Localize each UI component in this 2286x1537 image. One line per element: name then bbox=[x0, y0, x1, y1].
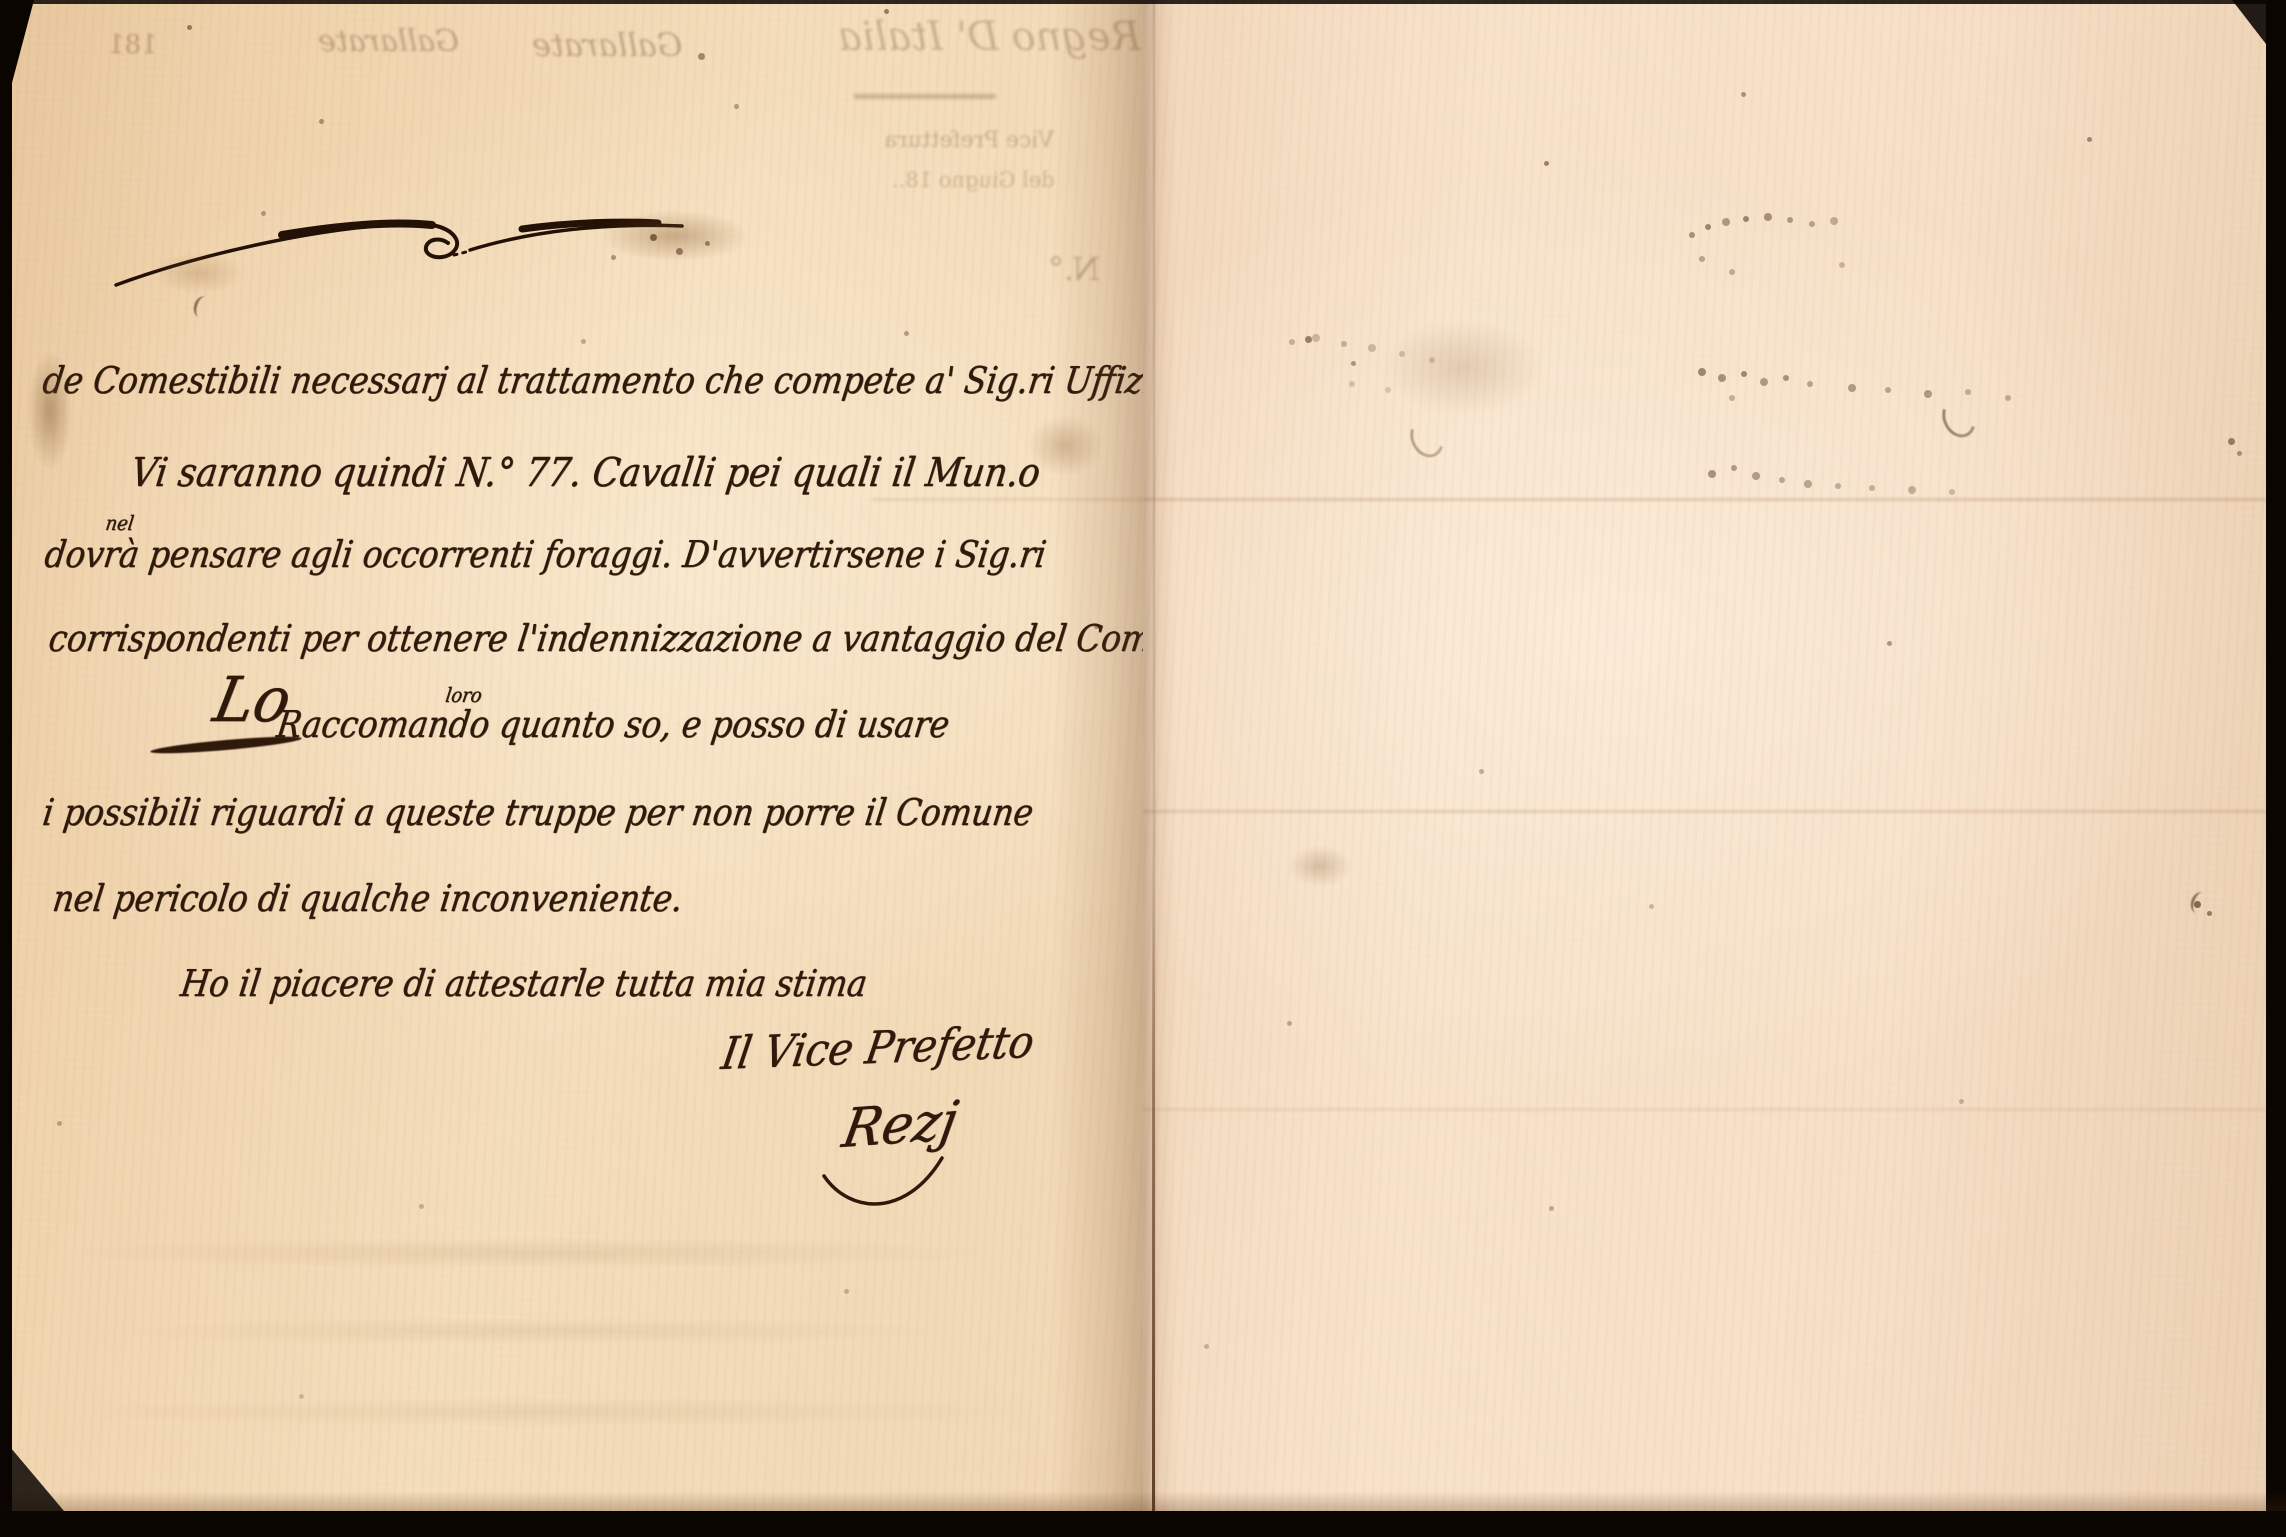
bleed-script-fragment-left: Gallarate bbox=[318, 24, 459, 59]
letter-right-page bbox=[1143, 0, 2266, 1511]
handwritten-line-4: corrispondenti per ottenere l'indennizza… bbox=[46, 618, 1216, 661]
scan-edge-top bbox=[0, 0, 2286, 4]
signature-title: Il Vice Prefetto bbox=[718, 1016, 1038, 1080]
scanned-letter-spread: 181 Gallarate Gallarate Regno D' Italia … bbox=[0, 0, 2286, 1537]
faded-text-band bbox=[122, 1318, 942, 1344]
fold-crease bbox=[872, 498, 1143, 501]
paper-bottom-shadow bbox=[0, 1491, 2286, 1511]
handwritten-line-8: Ho il piacere di attestarle tutta mia st… bbox=[178, 963, 870, 1006]
scan-edge-bottom bbox=[0, 1511, 2286, 1537]
letter-left-page: 181 Gallarate Gallarate Regno D' Italia … bbox=[12, 0, 1143, 1511]
bleed-page-number: 181 bbox=[108, 30, 158, 60]
ink-bleed-hook bbox=[1404, 413, 1450, 463]
scan-edge-right bbox=[2266, 0, 2286, 1537]
ink-bleed-cluster bbox=[1710, 458, 1714, 462]
bleed-letterhead-title: Regno D' Italia bbox=[838, 14, 1141, 60]
scan-edge-left bbox=[0, 0, 11, 470]
handwritten-line-5: Raccomando quanto so, e posso di usare bbox=[274, 704, 952, 747]
ink-bleed-cluster bbox=[1290, 330, 1294, 334]
faded-text-band bbox=[67, 1398, 1017, 1426]
stain bbox=[1288, 845, 1352, 887]
bleed-letterhead-rule bbox=[854, 94, 996, 99]
faded-text-band bbox=[82, 1238, 982, 1268]
signature-flourish bbox=[820, 1148, 970, 1234]
bleed-script-fragment-right: Gallarate bbox=[532, 26, 682, 64]
ink-bleed-cluster bbox=[1700, 362, 1704, 366]
stain bbox=[1383, 320, 1543, 415]
ink-bleed-cluster bbox=[1690, 215, 1694, 219]
inserted-word-line-3: nel bbox=[104, 512, 135, 535]
fold-crease bbox=[1143, 1108, 2266, 1111]
handwritten-line-2: Vi saranno quindi N.° 77. Cavalli pei qu… bbox=[128, 450, 1043, 496]
ink-smudge bbox=[2188, 890, 2211, 916]
center-fold-crease bbox=[1152, 860, 1155, 1511]
bleed-letterhead-date: del Giugno 18.. bbox=[892, 168, 1055, 192]
bleed-letterhead-office: Vice Prefettura bbox=[884, 128, 1054, 153]
fold-crease bbox=[1143, 810, 2266, 813]
paper-spread: 181 Gallarate Gallarate Regno D' Italia … bbox=[12, 0, 2266, 1511]
fold-crease bbox=[1143, 498, 2266, 501]
handwritten-line-6: i possibili riguardi a queste truppe per… bbox=[40, 792, 1036, 835]
calligraphic-flourish bbox=[102, 195, 722, 305]
ink-bleed-hook bbox=[1936, 393, 1982, 443]
handwritten-line-1: de Comestibili necessarj al trattamento … bbox=[40, 360, 1196, 403]
handwritten-line-7: nel pericolo di qualche inconveniente. bbox=[50, 878, 685, 921]
handwritten-line-3: dovrà pensare agli occorrenti foraggi. D… bbox=[42, 534, 1049, 577]
bleed-numero-mark: N.° bbox=[1048, 250, 1100, 288]
